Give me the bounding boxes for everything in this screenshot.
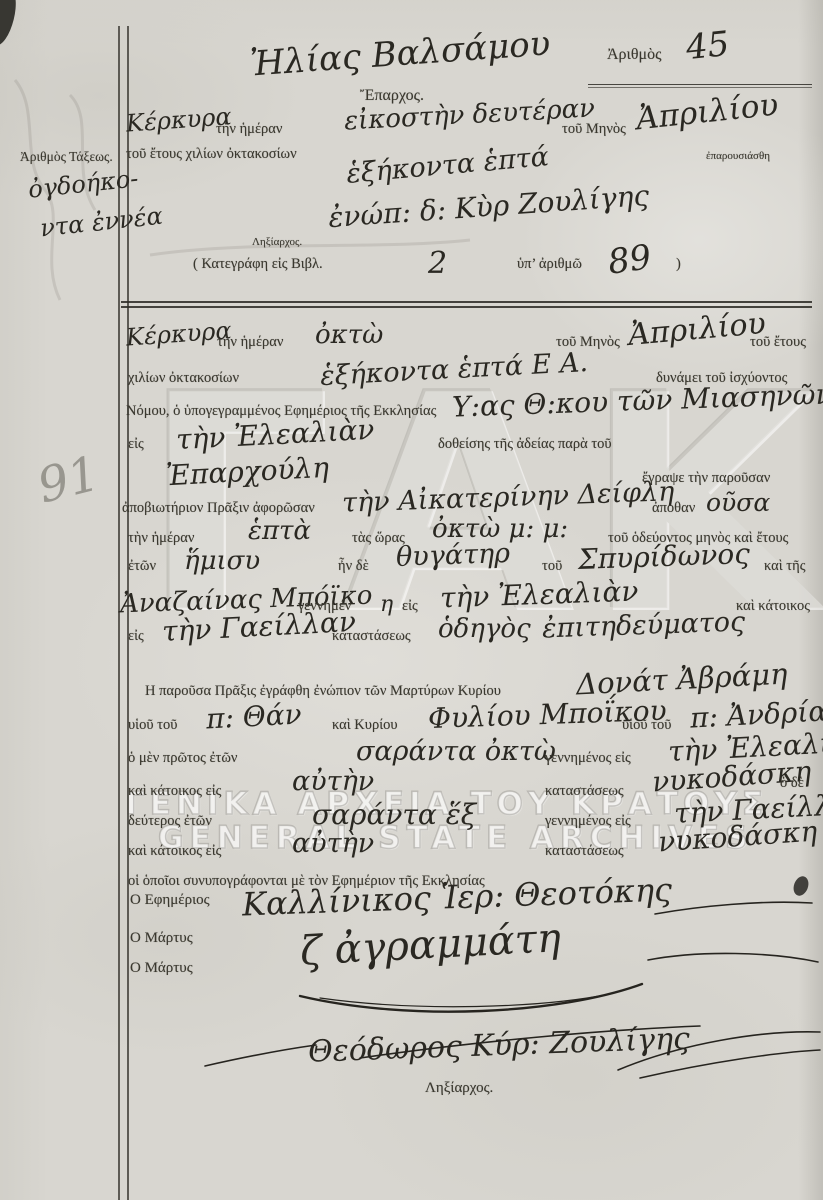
body-of-label: τοῦ bbox=[542, 558, 562, 575]
witness-illiterate-note: ζ ἀγραμμάτη bbox=[299, 915, 562, 975]
body-day-label: τὴν ἡμέραν bbox=[217, 334, 283, 351]
margin-order-label: Ἀριθμὸς Τάξεως. bbox=[20, 149, 113, 165]
registered-num-label: ὑπ’ ἀριθμῶ bbox=[517, 256, 582, 273]
witness2-age: σαράντα ἕξ bbox=[312, 798, 476, 831]
body-age: ἥμισυ bbox=[184, 546, 260, 576]
section-divider-rule bbox=[121, 301, 812, 308]
body-died-label: ἀποθαν bbox=[652, 500, 695, 517]
son-of-label-2: υἱοῦ τοῦ bbox=[622, 717, 671, 734]
status-label-2: καταστάσεως bbox=[545, 843, 624, 860]
body-birthplace: τὴν Ἐλεαλιὰν bbox=[439, 575, 638, 615]
witness1-age: σαράντα ὀκτὼ bbox=[356, 736, 556, 767]
pencil-number: 91 bbox=[32, 445, 105, 514]
body-age-label: ἐτῶν bbox=[128, 558, 156, 575]
number-label: Ἀριθμὸς bbox=[607, 46, 661, 64]
margin-order-value-2: ντα ἐννέα bbox=[39, 202, 164, 243]
resident-label-2: καὶ κάτοικος εἰς bbox=[128, 843, 221, 860]
son-of-label-1: υἱοῦ τοῦ bbox=[128, 717, 177, 734]
header-month-value: Ἀπριλίου bbox=[635, 87, 780, 138]
body-father: Σπυρίδωνος bbox=[577, 537, 750, 576]
number-value: 45 bbox=[684, 24, 731, 68]
number-underline bbox=[588, 84, 812, 88]
and-kyriou-label: καὶ Κυρίου bbox=[332, 717, 398, 734]
born-label-1: γεννημένος εἰς bbox=[545, 750, 631, 767]
eparch-signature: Ἠλίας Βαλσάμου bbox=[249, 24, 552, 85]
header-year-value: ἑξήκοντα ἑπτά bbox=[345, 141, 550, 190]
registered-close: ) bbox=[676, 256, 681, 273]
body-relation: θυγάτηρ bbox=[395, 538, 510, 573]
witness-label-2: Ο Μάρτυς bbox=[130, 960, 193, 977]
header-month-label: τοῦ Μηνὸς bbox=[562, 121, 626, 138]
body-status-label: καταστάσεως bbox=[332, 628, 411, 645]
header-year-label: τοῦ ἔτους χιλίων ὀκτακοσίων bbox=[126, 146, 297, 163]
body-died-suffix: οῦσα bbox=[706, 488, 770, 517]
witness1-father: π: Θάν bbox=[205, 698, 302, 736]
presented-label: ἐπαρουσιάσθη bbox=[706, 150, 770, 162]
header-day-label: τὴν ἡμέραν bbox=[216, 121, 282, 138]
body-born-suffix: η bbox=[380, 592, 393, 617]
body-at2-label: εἰς bbox=[402, 598, 418, 615]
registered-book: 2 bbox=[428, 246, 447, 281]
witness1-residence: αὐτὴν bbox=[292, 766, 374, 797]
body-act-label: ἀποβιωτήριον Πρᾶξιν ἀφορῶσαν bbox=[122, 500, 315, 517]
registrar-label: Ληξίαρχος. bbox=[425, 1080, 493, 1097]
body-resident-label: καὶ κάτοικος bbox=[736, 598, 810, 615]
body-day2: ἑπτὰ bbox=[248, 516, 311, 546]
priest-label: Ο Εφημέριος bbox=[130, 892, 210, 909]
body-and-of-label: καὶ τῆς bbox=[764, 558, 805, 575]
body-year-label-a: τοῦ ἔτους bbox=[750, 334, 806, 351]
body-at3-label: εἰς bbox=[128, 628, 144, 645]
witness-label-1: Ο Μάρτυς bbox=[130, 930, 193, 947]
witness2-residence: αὐτὴν bbox=[292, 828, 374, 859]
body-status: ὁδηγὸς bbox=[438, 614, 531, 644]
resident-label-1: καὶ κάτοικος εἰς bbox=[128, 783, 221, 800]
second-age-label: δεύτερος ἐτῶν bbox=[128, 813, 212, 830]
witness-intro: Η παροῦσα Πρᾶξις ἐγράφθη ἐνώπιον τῶν Μαρ… bbox=[145, 683, 501, 700]
first-age-label: ὁ μὲν πρῶτος ἐτῶν bbox=[128, 750, 237, 767]
scanned-document-page: ΓΑΚ ΓΕΝΙΚΑ ΑΡΧΕΙΑ ΤΟΥ ΚΡΑΤΟΥΣ GENERAL ST… bbox=[0, 0, 823, 1200]
body-permission-label: δοθείσης τῆς ἀδείας παρὰ τοῦ bbox=[438, 436, 612, 453]
body-was-label: ἦν δὲ bbox=[338, 558, 369, 575]
status-label-1: καταστάσεως bbox=[545, 783, 624, 800]
corner-ink-mark bbox=[0, 0, 21, 48]
body-day2-label: τὴν ἡμέραν bbox=[128, 530, 194, 547]
registrar-signature: Θεόδωρος Κύρ: Ζουλίγης bbox=[308, 1021, 691, 1069]
registered-open: ( Κατεγράφη εἰς Βιβλ. bbox=[193, 256, 323, 273]
body-year-label-b: χιλίων ὀκτακοσίων bbox=[128, 370, 239, 387]
born-label-2: γεννημένος εἰς bbox=[545, 813, 631, 830]
registrar-small-label: Ληξίαρχος. bbox=[252, 236, 302, 248]
registered-num: 89 bbox=[605, 237, 653, 283]
body-at-label: εἰς bbox=[128, 436, 144, 453]
body-day: ὀκτὼ bbox=[315, 320, 383, 350]
